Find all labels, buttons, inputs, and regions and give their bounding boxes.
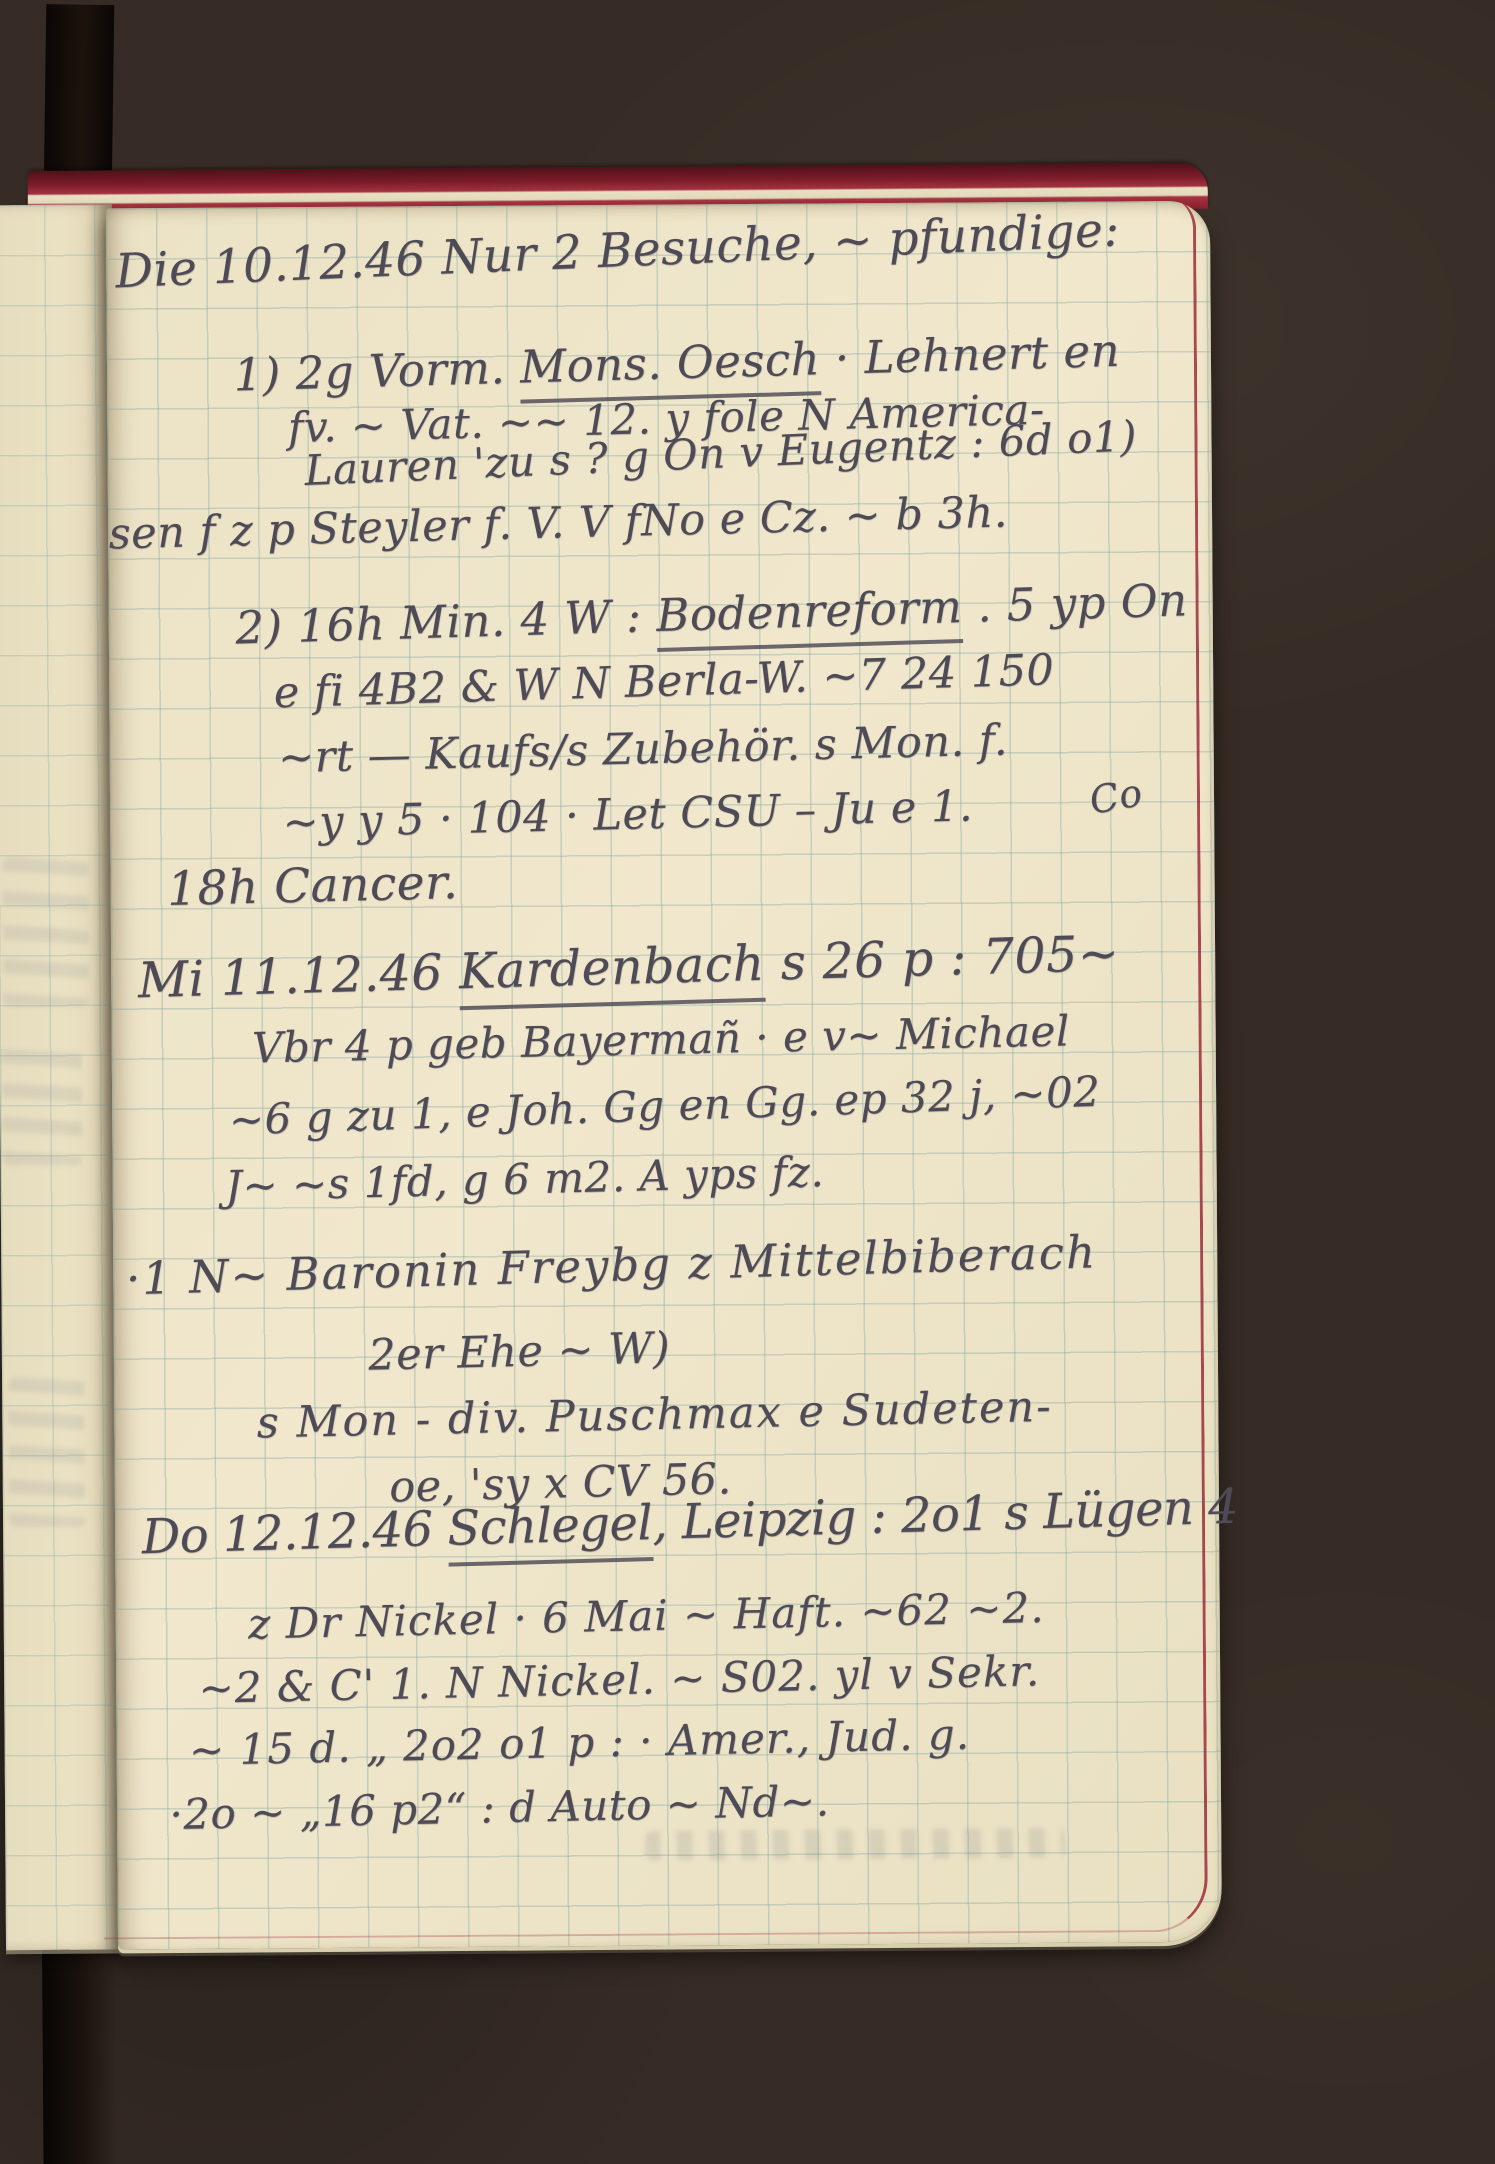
handwriting-text: . 5 yp On [962,573,1189,633]
handwriting-line-6: 2) 16h Min. 4 W : Bodenreform . 5 yp On [235,573,1189,654]
handwriting-text: s Mon - div. Puschmax e Sudeten- [256,1382,1053,1449]
underlined-word: Bodenreform [656,580,964,652]
handwriting-line-23: ~ 15 d. „ 2o2 o1 p : · Amer., Jud. g. [188,1710,970,1775]
handwriting-text: ·2o ~ „16 p2“ : d Auto ~ Nd~. [169,1776,830,1839]
handwriting-text: z Dr Nickel · 6 Mai ~ Haft. ~62 ~2. [248,1583,1045,1649]
handwriting-text: , Leipzig : 2o1 s Lügen 4 [651,1479,1239,1551]
handwriting-text: ·1 N~ Baronin Freybg z Mittelbiberach [125,1225,1097,1305]
handwriting-line-9: Co [1086,770,1146,823]
notebook: Die 10.12.46 Nur 2 Besuche, ~ pfundige:1… [0,0,1495,2164]
handwriting-text: 1) 2g Vorm. [233,341,521,402]
handwriting-text: Co [1086,770,1146,823]
handwriting-line-24: ·2o ~ „16 p2“ : d Auto ~ Nd~. [169,1776,830,1839]
underlined-word: Kardenbach [458,935,766,1011]
handwriting-text: 2) 16h Min. 4 W : [235,589,657,654]
handwriting-line-7: e fi 4B2 & W N Berla-W. ~7 24 150 [273,645,1055,718]
handwriting-line-22: ~2 & C' 1. N Nickel. ~ S02. yl v Sekr. [198,1646,1040,1713]
handwriting-line-12: Mi 11.12.46 Kardenbach s 26 p : 705~ [137,925,1120,1009]
handwriting-text: ~rt — Kaufs/s Zubehör. s Mon. f. [278,715,1009,783]
handwriting-text: ~2 & C' 1. N Nickel. ~ S02. yl v Sekr. [198,1646,1040,1713]
handwriting-line-17: 2er Ehe ~ W) [368,1323,671,1380]
handwriting-line-8: ~rt — Kaufs/s Zubehör. s Mon. f. [278,715,1009,783]
handwriting-line-15: J~ ~s 1fd, g 6 m2. A yps fz. [225,1147,825,1211]
handwriting-text: Mi 11.12.46 [137,943,460,1009]
handwriting-text: ~y y 5 · 104 · Let CSU – Ju e 1. [282,781,974,848]
handwriting-line-5: sen f z p Steyler f. V. V fNo e Cz. ~ b … [108,487,1008,559]
handwriting-text: Vbr 4 p geb Bayermañ · e v~ Michael [252,1006,1071,1072]
handwriting-line-11: 18h Cancer. [166,855,458,917]
handwriting-text: s 26 p : 705~ [764,925,1120,992]
handwriting-text: Do 12.12.46 [141,1501,448,1566]
handwriting-line-14: ~6 g zu 1, e Joh. Gg en Gg. ep 32 j, ~02 [228,1067,1101,1145]
handwriting-line-1: Die 10.12.46 Nur 2 Besuche, ~ pfundige: [114,202,1120,299]
handwriting-text: · Lehnert en [819,324,1120,385]
desk-background: { "document": { "kind": "Handwritten dia… [0,0,1495,2164]
handwriting-text: ~6 g zu 1, e Joh. Gg en Gg. ep 32 j, ~02 [228,1067,1101,1145]
handwriting-text: 2er Ehe ~ W) [368,1323,671,1380]
handwriting-text: e fi 4B2 & W N Berla-W. ~7 24 150 [273,645,1055,718]
handwriting-line-18: s Mon - div. Puschmax e Sudeten- [256,1382,1053,1449]
handwriting-layer: Die 10.12.46 Nur 2 Besuche, ~ pfundige:1… [0,0,1495,2164]
handwriting-line-10: ~y y 5 · 104 · Let CSU – Ju e 1. [282,781,974,848]
handwriting-text: 18h Cancer. [166,855,458,917]
handwriting-text: sen f z p Steyler f. V. V fNo e Cz. ~ b … [108,487,1008,559]
handwriting-line-21: z Dr Nickel · 6 Mai ~ Haft. ~62 ~2. [248,1583,1045,1649]
handwriting-text: Die 10.12.46 Nur 2 Besuche, ~ pfundige: [114,202,1120,299]
handwriting-text: J~ ~s 1fd, g 6 m2. A yps fz. [225,1147,825,1211]
underlined-word: Schlegel [447,1495,654,1567]
handwriting-line-16: ·1 N~ Baronin Freybg z Mittelbiberach [125,1225,1097,1305]
handwriting-text: ~ 15 d. „ 2o2 o1 p : · Amer., Jud. g. [188,1710,970,1775]
handwriting-line-13: Vbr 4 p geb Bayermañ · e v~ Michael [252,1006,1071,1072]
